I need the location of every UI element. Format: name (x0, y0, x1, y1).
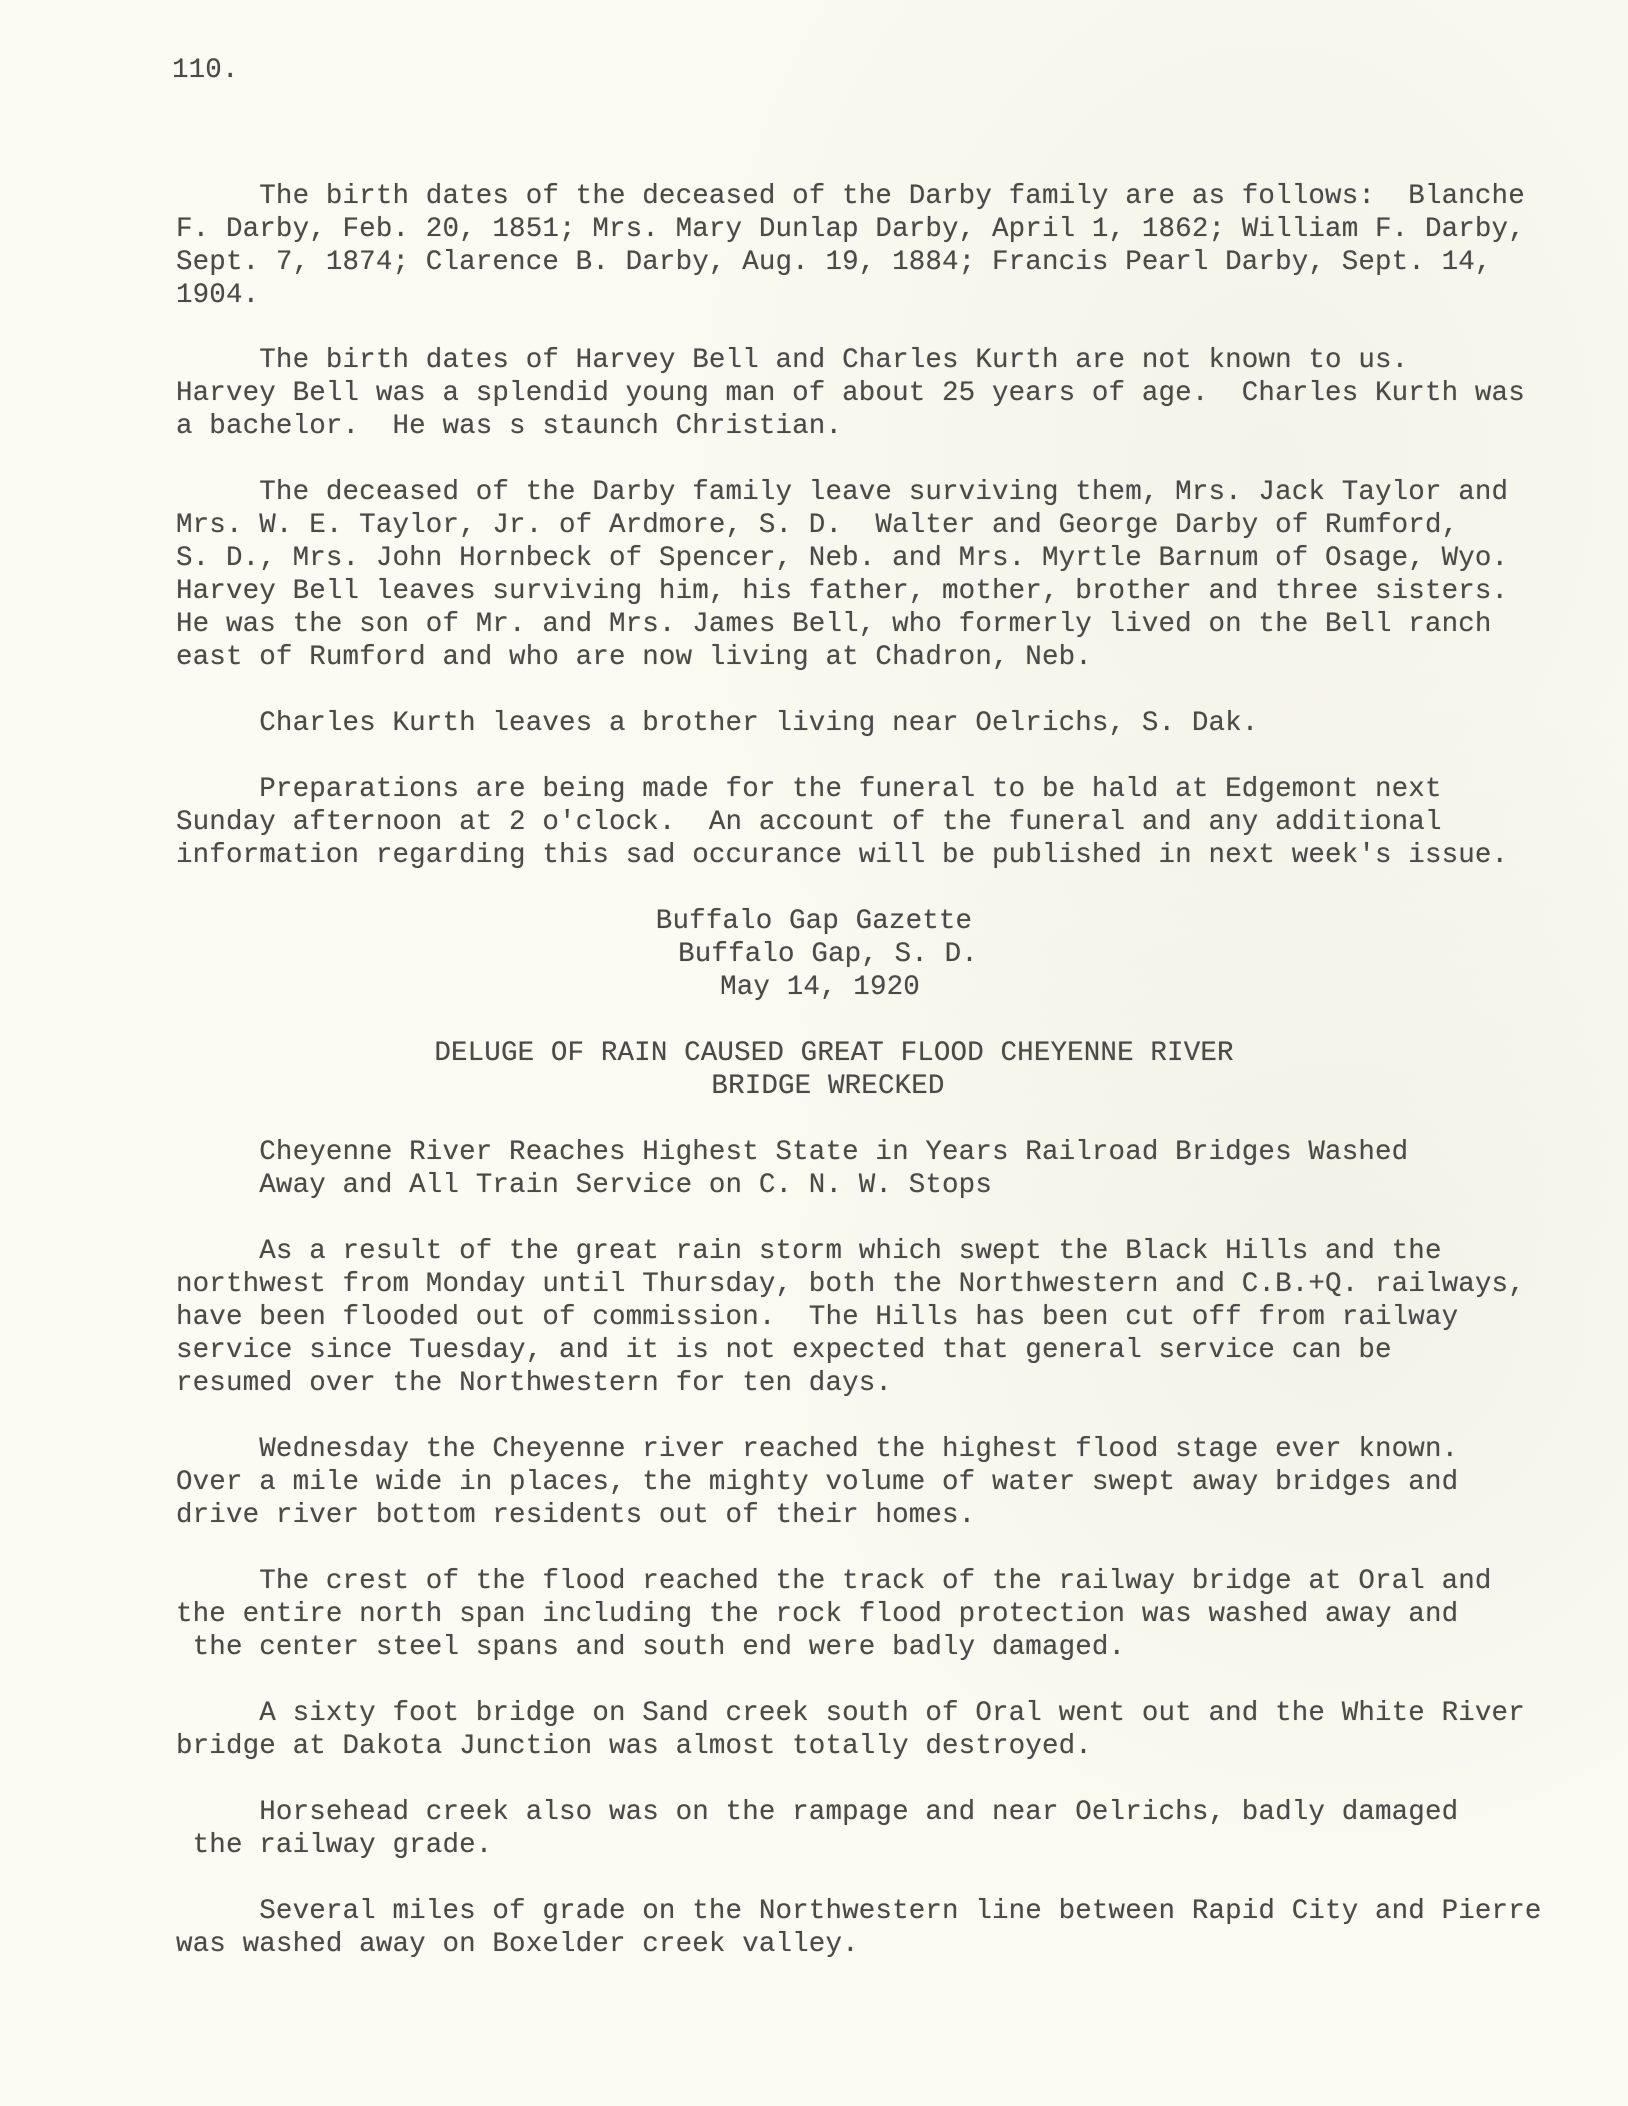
paragraph-line: The crest of the flood reached the track… (176, 1565, 1492, 1598)
paragraph-line: Harvey Bell leaves surviving him, his fa… (176, 575, 1508, 608)
paragraph-line: a bachelor. He was s staunch Christian. (176, 410, 842, 443)
paragraph-line: A sixty foot bridge on Sand creek south … (176, 1697, 1525, 1730)
document-page: 110. The birth dates of the deceased of … (0, 0, 1628, 2106)
headline-line: BRIDGE WRECKED (0, 1070, 1628, 1103)
paragraph-line: bridge at Dakota Junction was almost tot… (176, 1730, 1092, 1763)
paragraph-line: east of Rumford and who are now living a… (176, 641, 1092, 674)
paragraph-line: Mrs. W. E. Taylor, Jr. of Ardmore, S. D.… (176, 509, 1458, 542)
paragraph-line: have been flooded out of commission. The… (176, 1301, 1458, 1334)
paragraph-line: the entire north span including the rock… (176, 1598, 1458, 1631)
paragraph-line: Charles Kurth leaves a brother living ne… (176, 707, 1258, 740)
paragraph-line: Wednesday the Cheyenne river reached the… (176, 1433, 1458, 1466)
subheadline-line: Away and All Train Service on C. N. W. S… (176, 1169, 992, 1202)
paragraph-line: Sunday afternoon at 2 o'clock. An accoun… (176, 806, 1442, 839)
paragraph-line: As a result of the great rain storm whic… (176, 1235, 1442, 1268)
paragraph-line: Over a mile wide in places, the mighty v… (176, 1466, 1458, 1499)
paragraph-line: Harvey Bell was a splendid young man of … (176, 377, 1525, 410)
paragraph-line: 1904. (176, 279, 259, 312)
paragraph-line: He was the son of Mr. and Mrs. James Bel… (176, 608, 1492, 641)
newspaper-date: May 14, 1920 (0, 971, 1628, 1004)
page-number: 110. (172, 54, 239, 87)
paragraph-line: resumed over the Northwestern for ten da… (176, 1367, 892, 1400)
newspaper-location: Buffalo Gap, S. D. (0, 938, 1628, 971)
subheadline-line: Cheyenne River Reaches Highest State in … (176, 1136, 1408, 1169)
paragraph-line: drive river bottom residents out of thei… (176, 1499, 975, 1532)
paragraph-line: S. D., Mrs. John Hornbeck of Spencer, Ne… (176, 542, 1508, 575)
paragraph-line: Horsehead creek also was on the rampage … (176, 1796, 1458, 1829)
paragraph-line: The birth dates of the deceased of the D… (176, 180, 1525, 213)
paragraph-line: Sept. 7, 1874; Clarence B. Darby, Aug. 1… (176, 246, 1492, 279)
paragraph-line: information regarding this sad occurance… (176, 839, 1508, 872)
headline-line: DELUGE OF RAIN CAUSED GREAT FLOOD CHEYEN… (0, 1037, 1628, 1070)
paragraph-line: The deceased of the Darby family leave s… (176, 476, 1508, 509)
paragraph-line: the railway grade. (176, 1829, 492, 1862)
paragraph-line: The birth dates of Harvey Bell and Charl… (176, 344, 1408, 377)
paragraph-line: F. Darby, Feb. 20, 1851; Mrs. Mary Dunla… (176, 213, 1525, 246)
newspaper-name: Buffalo Gap Gazette (0, 905, 1628, 938)
paragraph-line: northwest from Monday until Thursday, bo… (176, 1268, 1525, 1301)
paragraph-line: service since Tuesday, and it is not exp… (176, 1334, 1392, 1367)
paragraph-line: Preparations are being made for the fune… (176, 773, 1442, 806)
paragraph-line: was washed away on Boxelder creek valley… (176, 1928, 859, 1961)
paragraph-line: Several miles of grade on the Northweste… (176, 1895, 1542, 1928)
paragraph-line: the center steel spans and south end wer… (176, 1631, 1125, 1664)
